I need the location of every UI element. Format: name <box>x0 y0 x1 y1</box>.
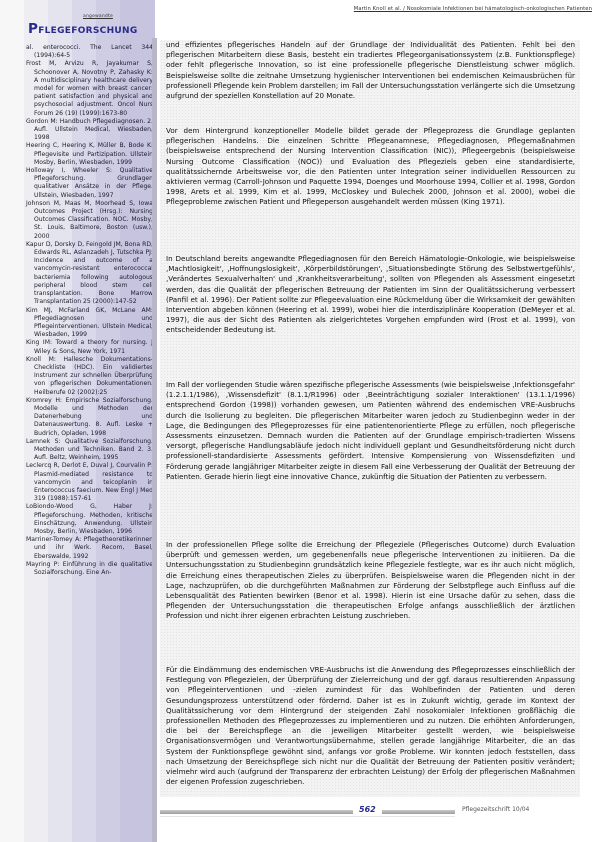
body-paragraph: Für die Eindämmung des endemischen VRE-A… <box>166 665 575 787</box>
body-paragraph: Im Fall der vorliegenden Studie wären sp… <box>166 380 575 482</box>
body-paragraph: In der professionellen Pflege sollte die… <box>166 540 575 622</box>
reference-entry: Marriner-Tomey A: Pflegetheoretikerinnen… <box>26 536 153 561</box>
reference-entry: Frost M, Arvizu R, Jayakumar S, Schoonov… <box>26 60 153 117</box>
reference-entry: Kromrey H: Empirische Sozialforschung. M… <box>26 397 153 438</box>
reference-entry: Johnson M, Maas M, Moorhead S, Iowa Outc… <box>26 200 153 241</box>
article-body: und effizientes pflegerisches Handeln au… <box>160 40 580 797</box>
reference-entry: Knoll M: Hallesche Dokumentations-Checkl… <box>26 356 153 397</box>
reference-sidebar: angewandte Pflegeforschung al. enterococ… <box>0 0 155 842</box>
reference-entry: King IM: Toward a theory for nursing. J … <box>26 339 153 355</box>
reference-entry: Heering C, Heering K, Müller B, Bode K: … <box>26 142 153 167</box>
journal-issue: Pflegezeitschrift 10/04 <box>462 806 529 813</box>
footer-rule-thin <box>160 816 455 817</box>
reference-entry: al. enterococci. The Lancet 344 (1994):6… <box>26 44 153 60</box>
logo-tagline: angewandte <box>83 14 113 19</box>
body-paragraph: und effizientes pflegerisches Handeln au… <box>166 40 575 101</box>
reference-entry: Lamnek S: Qualitative Sozialforschung. M… <box>26 438 153 463</box>
footer-rule <box>160 810 455 814</box>
reference-entry: Kim MJ, McFarland GK, McLane AM: Pfleged… <box>26 307 153 340</box>
body-paragraph: In Deutschland bereits angewandte Pflege… <box>166 254 575 336</box>
reference-entry: Mayring P: Einführung in die qualitative… <box>26 561 153 577</box>
sidebar-divider <box>152 38 157 842</box>
reference-entry: Kapur D, Dorsky D, Feingold JM, Bona RD,… <box>26 241 153 307</box>
reference-entry: Holloway I, Wheeler S: Qualitative Pfleg… <box>26 167 153 200</box>
reference-entry: LoBiondo-Wood G, Haber J: Pflegeforschun… <box>26 503 153 536</box>
page-number: 562 <box>353 805 382 814</box>
reference-entry: Leclercq R, Derlot E, Duval J, Courvalin… <box>26 462 153 503</box>
reference-list: al. enterococci. The Lancet 344 (1994):6… <box>26 44 153 577</box>
body-paragraph: Vor dem Hintergrund konzeptioneller Mode… <box>166 126 575 208</box>
reference-entry: Gordon M: Handbuch Pflegediagnosen. 2. A… <box>26 118 153 143</box>
logo-wordmark: Pflegeforschung <box>28 21 138 37</box>
journal-logo: angewandte Pflegeforschung <box>28 18 158 38</box>
running-head: Martin Knoll et al. / Nosokomiale Infekt… <box>160 6 592 12</box>
